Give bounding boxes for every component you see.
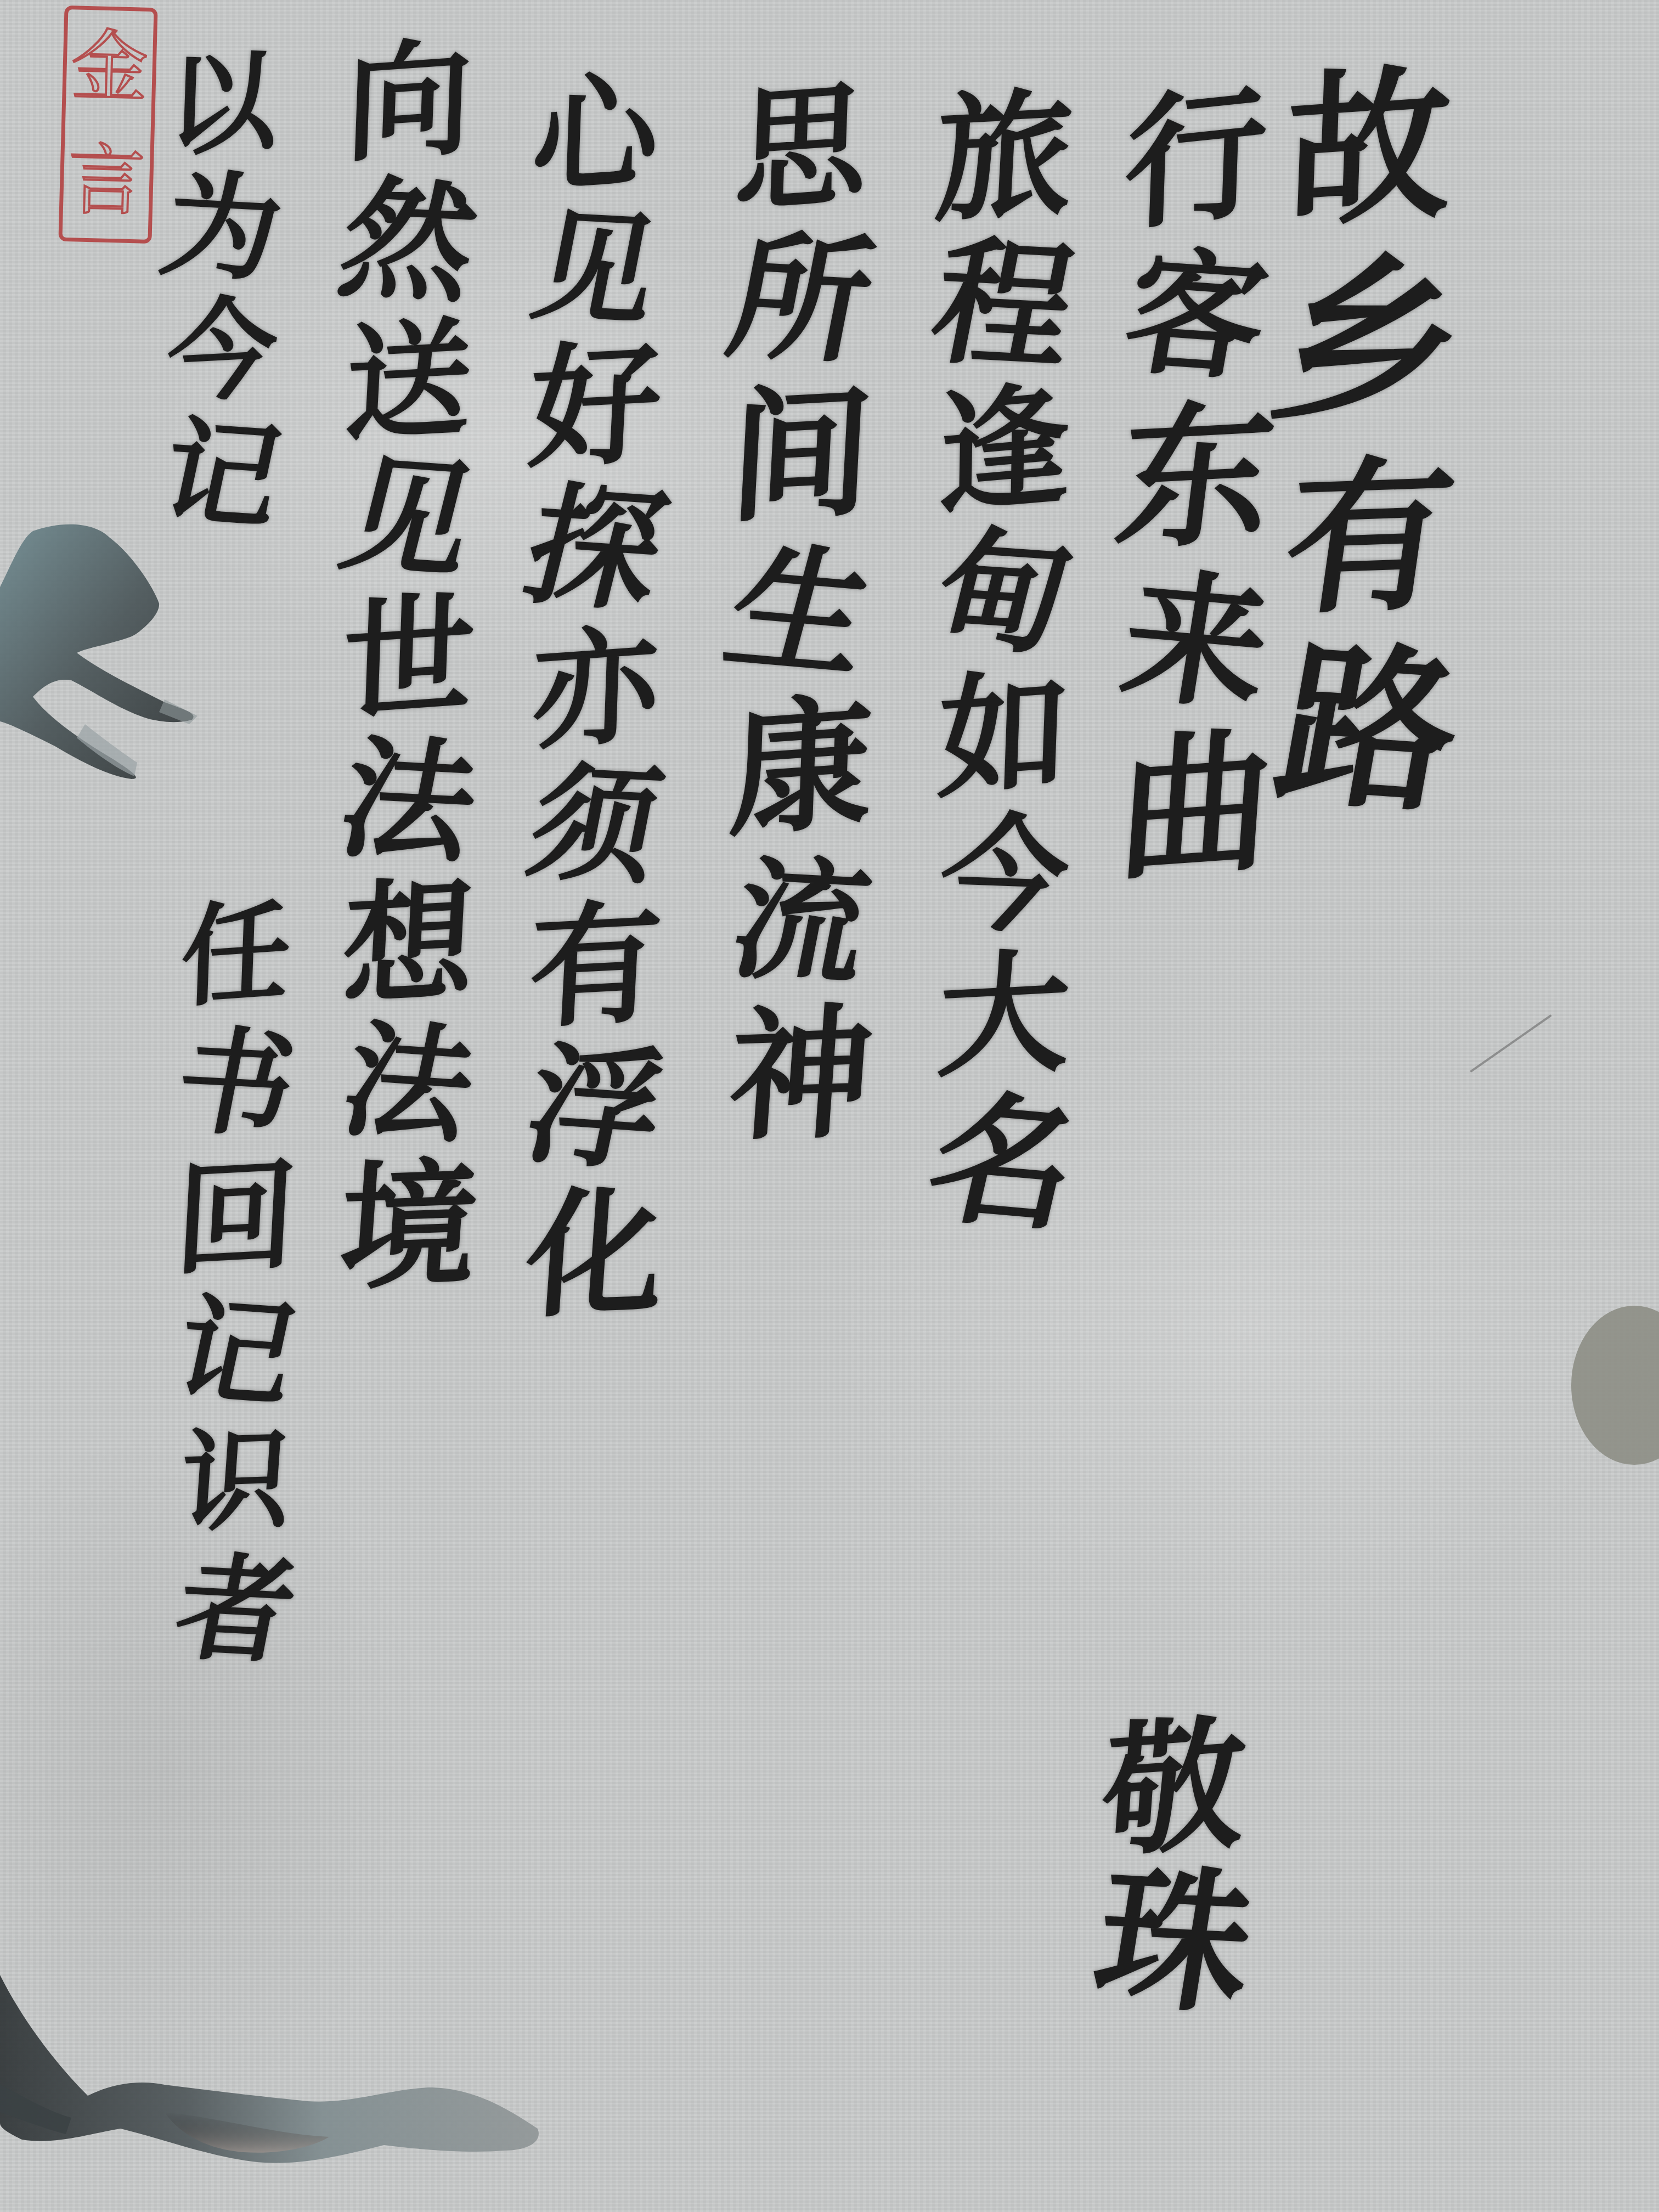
glyph: 行 xyxy=(1122,80,1269,239)
glyph: 康 xyxy=(727,691,874,844)
glyph: 甸 xyxy=(922,523,1086,662)
glyph: 法 xyxy=(330,732,487,870)
glyph: 神 xyxy=(725,1001,877,1149)
glyph: 来 xyxy=(1114,565,1278,719)
glyph: 想 xyxy=(340,874,478,1013)
glyph: 东 xyxy=(1110,396,1282,559)
glyph: 回 xyxy=(172,1154,299,1282)
glyph: 故 xyxy=(1284,60,1454,236)
glyph: 珠 xyxy=(1085,1862,1263,2023)
glyph: 识 xyxy=(177,1424,295,1538)
side-inscription: 敬 珠 xyxy=(1097,1717,1251,2019)
glyph: 亦 xyxy=(530,620,661,756)
glyph: 生 xyxy=(715,539,888,685)
signature-column: 任 书 回 记 识 者 xyxy=(176,900,296,1668)
glyph: 心 xyxy=(530,66,661,202)
glyph: 法 xyxy=(332,1017,485,1150)
glyph: 大 xyxy=(935,945,1073,1085)
glyph: 有 xyxy=(1275,452,1463,623)
glyph: 旅 xyxy=(932,84,1076,229)
glyph: 以 xyxy=(166,46,279,163)
glyph: 送 xyxy=(342,315,475,448)
calligraphy-column-2: 行 客 东 来 曲 xyxy=(1119,88,1273,883)
ink-wash-horse-head xyxy=(0,505,241,889)
calligraphy-column-5: 心 见 好 探 亦 须 有 浮 化 xyxy=(527,71,664,1322)
red-seal-stamp: 金 言 xyxy=(58,5,157,244)
glyph: 浮 xyxy=(516,1039,675,1178)
glyph: 书 xyxy=(167,1023,304,1143)
glyph: 逢 xyxy=(937,378,1070,522)
glyph: 流 xyxy=(723,853,879,990)
glyph: 今 xyxy=(930,810,1078,940)
glyph: 客 xyxy=(1115,243,1276,388)
glyph: 名 xyxy=(917,1087,1091,1239)
glyph: 化 xyxy=(522,1182,668,1324)
ink-wash-horse-body xyxy=(0,1953,560,2172)
glyph: 路 xyxy=(1266,636,1471,822)
calligraphy-column-1: 故 乡 有 路 xyxy=(1278,66,1459,817)
glyph: 者 xyxy=(167,1550,304,1670)
glyph: 见 xyxy=(330,452,487,585)
glyph: 世 xyxy=(341,588,477,729)
glyph: 须 xyxy=(520,760,670,891)
glyph: 程 xyxy=(922,233,1086,376)
glyph: 境 xyxy=(335,1155,482,1297)
glyph: 见 xyxy=(523,206,667,332)
calligraphy-column-3: 旅 程 逢 甸 如 今 大 名 xyxy=(933,88,1075,1234)
glyph: 为 xyxy=(154,167,291,287)
glyph: 好 xyxy=(526,336,664,476)
calligraphy-column-4: 思 所 间 生 康 流 神 xyxy=(730,82,872,1147)
glyph: 敬 xyxy=(1098,1712,1250,1865)
glyph: 记 xyxy=(166,1291,306,1413)
glyph: 如 xyxy=(936,664,1072,806)
glyph: 乡 xyxy=(1261,249,1476,437)
seal-char-top: 金 xyxy=(70,28,149,107)
calligraphy-column-6: 向 然 送 见 世 法 想 法 境 xyxy=(340,38,477,1295)
glyph: 曲 xyxy=(1114,724,1278,889)
glyph: 探 xyxy=(513,479,677,618)
glyph: 有 xyxy=(526,896,664,1035)
glyph: 所 xyxy=(719,228,883,371)
seal-char-bottom: 言 xyxy=(67,142,146,221)
glyph: 任 xyxy=(179,896,293,1014)
glyph: 间 xyxy=(726,380,876,531)
glyph: 思 xyxy=(733,77,869,219)
glyph: 然 xyxy=(330,173,487,310)
glyph: 向 xyxy=(343,33,474,169)
glyph: 今 xyxy=(165,293,280,409)
calligraphy-column-7: 以 为 今 记 xyxy=(165,49,280,532)
